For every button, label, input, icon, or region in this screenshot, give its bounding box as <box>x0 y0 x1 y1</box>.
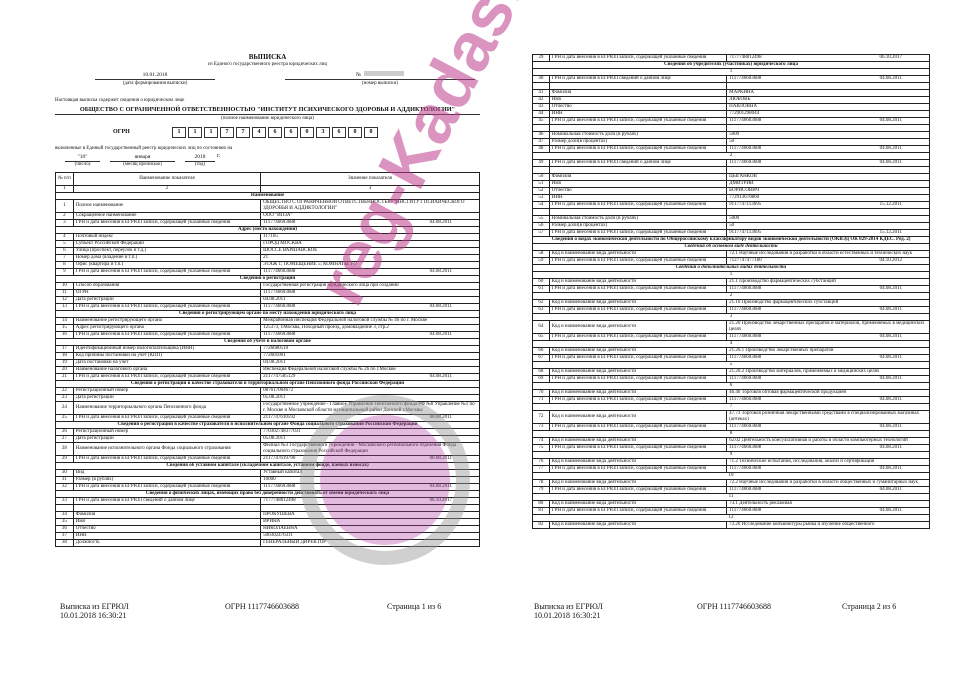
value-text: 1117746603688 <box>729 118 761 123</box>
row-label: Дата регистрации <box>73 297 260 304</box>
value-text: ДМИТРИЙ <box>729 181 754 186</box>
value-text: 7177748812498 <box>729 55 762 60</box>
footer-doc-name: Выписка из ЕГРЮЛ <box>534 602 603 611</box>
blank-row <box>533 209 930 216</box>
table-row: 28Наименование исполнительного органа Фо… <box>56 443 480 456</box>
row-number: 56 <box>533 223 550 230</box>
record-date: 04.08.2011 <box>880 376 902 382</box>
row-label: Имя <box>549 181 726 188</box>
record-date: 04.08.2011 <box>430 332 452 338</box>
row-number: 36 <box>56 526 74 533</box>
row-number: 33 <box>56 498 74 505</box>
row-label: ГРН и дата внесения в ЕГРЮЛ записи, соде… <box>73 332 260 339</box>
row-value: 71.2 Технические испытания, исследования… <box>727 459 930 466</box>
row-label: Наименование исполнительного органа Фонд… <box>73 443 260 456</box>
group-index: 2 <box>533 293 930 300</box>
header-name: Наименование показателя <box>73 173 260 186</box>
row-number: 7 <box>56 255 74 262</box>
row-number: 82 <box>533 522 550 529</box>
value-text: 1117746603688 <box>263 304 295 309</box>
table-row: 43ОтчествоПАВЛОВНА <box>533 104 930 111</box>
section-header-row: Сведения об учете в налоговом органе <box>56 339 480 346</box>
row-label: ИНН <box>549 195 726 202</box>
group-index-row: 3 <box>533 314 930 321</box>
section-header-row: Сведения об учредителях (участниках) юри… <box>533 62 930 69</box>
row-value: 10000 <box>261 477 480 484</box>
extract-page-1: ВЫПИСКА из Единого государственного реес… <box>55 0 480 679</box>
value-text: ЦЫГАНКОВ <box>729 174 757 179</box>
value-text: 21.20.2 Производство материалов, применя… <box>729 369 879 374</box>
row-number: 72 <box>533 411 550 424</box>
row-label: ГРН и дата внесения в ЕГРЮЛ записи, соде… <box>549 307 726 314</box>
value-text: 1117746603688 <box>729 160 761 165</box>
row-number: 18 <box>56 353 74 360</box>
row-label: ГРН и дата внесения в ЕГРЮЛ записи, соде… <box>73 220 260 227</box>
value-text: ГОРОД МОСКВА <box>263 241 302 246</box>
value-text: 71.2 Технические испытания, исследования… <box>729 459 874 464</box>
record-date: 08.08.2011 <box>430 456 452 462</box>
row-value: Государственное учреждение - Главное Упр… <box>261 402 480 415</box>
row-label: ГРН и дата внесения в ЕГРЮЛ записи, соде… <box>549 55 726 62</box>
value-text: 1117746603688 <box>729 397 761 402</box>
row-label: Код и наименование вида деятельности <box>549 369 726 376</box>
value-text: 500302476311 <box>263 533 293 538</box>
table-row: 24Наименование территориального органа П… <box>56 402 480 415</box>
row-label: ГРН и дата внесения в ЕГРЮЛ записи, соде… <box>549 118 726 125</box>
ogrn-digit-boxes: 1117746603688 <box>172 127 380 138</box>
ogrn-digit: 8 <box>348 127 362 138</box>
row-value: 717774881249806.10.2017 <box>261 498 480 505</box>
table-row: 16ГРН и дата внесения в ЕГРЮЛ записи, со… <box>56 332 480 339</box>
row-value: 087617004672 <box>261 388 480 395</box>
row-value: 111774660368804.08.2011 <box>727 487 930 494</box>
record-date: 15.12.2011 <box>880 230 902 236</box>
date-formed: 10.01.2018 <box>95 71 215 80</box>
table-row: 66Код и наименование вида деятельности21… <box>533 348 930 355</box>
footer-left: Выписка из ЕГРЮЛ 10.01.2018 16:30:21 <box>534 602 603 620</box>
row-number: 78 <box>533 480 550 487</box>
table-row: 58Код и наименование вида деятельности72… <box>533 251 930 258</box>
row-label: Имя <box>73 519 260 526</box>
row-label: ОГРН <box>73 290 260 297</box>
row-label: ГРН и дата внесения в ЕГРЮЛ записи, соде… <box>549 487 726 494</box>
value-text: 772913670860 <box>729 195 759 200</box>
table-row: 63ГРН и дата внесения в ЕГРЮЛ записи, со… <box>533 307 930 314</box>
row-number: 44 <box>533 111 550 118</box>
ogrn-digit: 7 <box>220 127 234 138</box>
table-row: 76Код и наименование вида деятельности71… <box>533 459 930 466</box>
row-number: 3 <box>56 220 74 227</box>
row-number: 51 <box>533 181 550 188</box>
row-value: 1117746603688 <box>261 290 480 297</box>
row-value: 111774660368804.08.2011 <box>727 118 930 125</box>
row-number: 13 <box>56 304 74 311</box>
table-row: 47Размер доли(в процентах)50 <box>533 139 930 146</box>
intro-text: Настоящая выписка содержит сведения о юр… <box>55 98 184 103</box>
row-value: 5000 <box>727 132 930 139</box>
table-row: 79ГРН и дата внесения в ЕГРЮЛ записи, со… <box>533 487 930 494</box>
row-number: 49 <box>533 160 550 167</box>
value-text: 770302748377031 <box>263 429 301 434</box>
row-number: 21 <box>56 374 74 381</box>
value-text: Инспекция Федеральной налоговой службы №… <box>263 367 396 372</box>
org-full-name: ОБЩЕСТВО С ОГРАНИЧЕННОЙ ОТВЕТСТВЕННОСТЬЮ… <box>55 105 480 115</box>
row-value: Уставный капитал <box>261 470 480 477</box>
group-index: 3 <box>533 314 930 321</box>
group-index-row: 9 <box>533 452 930 459</box>
table-row: 5Субъект Российской ФедерацииГОРОД МОСКВ… <box>56 241 480 248</box>
record-date: 04.08.2011 <box>430 304 452 310</box>
row-number: 64 <box>533 321 550 334</box>
value-text: 72.2 Научные исследования и разработки в… <box>729 480 918 485</box>
blank-cell <box>549 83 726 90</box>
row-label: Улица (проспект, переулок и т.д.) <box>73 248 260 255</box>
row-label: Код причины постановки на учет (КПП) <box>73 353 260 360</box>
row-number: 23 <box>56 395 74 402</box>
value-text: 50 <box>729 139 734 144</box>
table-row: 48ГРН и дата внесения в ЕГРЮЛ записи, со… <box>533 146 930 153</box>
value-text: 117105 <box>263 234 278 239</box>
row-number: 70 <box>533 390 550 397</box>
value-text: 2117747619790 <box>263 456 295 461</box>
row-number: 5 <box>56 241 74 248</box>
table-row: 53ИНН772913670860 <box>533 195 930 202</box>
row-number: 29 <box>56 456 74 463</box>
row-label: Номинальная стоимость доли (в рублях) <box>549 216 726 223</box>
footer-ogrn: ОГРН 1117746603688 <box>225 602 299 611</box>
row-number: 17 <box>56 346 74 353</box>
value-text: 125373, г.Москва, Походный проезд, домов… <box>263 325 389 330</box>
row-number: 14 <box>56 318 74 325</box>
row-value: 111774660368804.08.2011 <box>727 445 930 452</box>
group-index-row: 12 <box>533 515 930 522</box>
row-value: ООО "ИПЗА" <box>261 213 480 220</box>
row-number: 24 <box>56 402 74 415</box>
row-label: Дата постановки на учет <box>73 360 260 367</box>
value-text: 1117746603688 <box>263 290 295 295</box>
row-number: 32 <box>56 484 74 491</box>
footer-timestamp: 10.01.2018 16:30:21 <box>534 611 603 620</box>
value-text: 1117746603688 <box>729 334 761 339</box>
record-date: 04.08.2011 <box>430 484 452 490</box>
section-title: Сведения об учете в налоговом органе <box>56 339 480 346</box>
footer-ogrn: ОГРН 1117746603688 <box>697 602 771 611</box>
year-suffix: г. <box>217 153 220 159</box>
value-text: Государственное учреждение - Главное Упр… <box>263 402 475 413</box>
row-value: 50 <box>727 223 930 230</box>
row-value: 111774660368804.08.2011 <box>727 355 930 362</box>
value-text: 62.02 Деятельность консультативная и раб… <box>729 438 908 443</box>
subsection-title: Сведения о дополнительных видах деятельн… <box>533 265 930 272</box>
group-index: 7 <box>533 404 930 411</box>
extract-page-2: 39ГРН и дата внесения в ЕГРЮЛ записи, со… <box>532 0 930 679</box>
blank-cell <box>73 505 260 512</box>
value-text: ПРОКУШЕВА <box>263 512 295 517</box>
record-date: 04.08.2011 <box>880 76 902 82</box>
table-row: 52ОтчествоБОРИСОВИЧ <box>533 188 930 195</box>
value-text: ОБЩЕСТВО С ОГРАНИЧЕННОЙ ОТВЕТСТВЕННОСТЬЮ… <box>263 200 464 211</box>
table-row: 6Улица (проспект, переулок и т.д.)ШОССЕ … <box>56 248 480 255</box>
year: 2018 <box>185 153 215 162</box>
table-row: 78Код и наименование вида деятельности72… <box>533 480 930 487</box>
record-date: 06.10.2017 <box>880 55 903 61</box>
section-title: Сведения о видах экономической деятельно… <box>533 237 930 244</box>
ogrn-digit: 1 <box>172 127 186 138</box>
row-number: 25 <box>56 415 74 422</box>
table-row: 81ГРН и дата внесения в ЕГРЮЛ записи, со… <box>533 508 930 515</box>
table-row: 80Код и наименование вида деятельности73… <box>533 501 930 508</box>
table-row: 73ГРН и дата внесения в ЕГРЮЛ записи, со… <box>533 424 930 431</box>
table-row: 51ИмяДМИТРИЙ <box>533 181 930 188</box>
row-number: 31 <box>56 477 74 484</box>
group-index: 6 <box>533 383 930 390</box>
value-text: 1117746603688 <box>729 307 761 312</box>
row-value: 111774660368804.08.2011 <box>727 466 930 473</box>
month-caption: (месяц прописью) <box>110 162 175 167</box>
value-text: 1117746603688 <box>729 76 761 81</box>
row-number: 47 <box>533 139 550 146</box>
row-label: Регистрационный номер <box>73 388 260 395</box>
row-value: 62.02 Деятельность консультативная и раб… <box>727 438 930 445</box>
section-title: Сведения о регистрации в качестве страхо… <box>56 381 480 388</box>
col-index-2: 2 <box>73 186 260 193</box>
group-index: 2 <box>533 153 930 160</box>
table-row: 46Номинальная стоимость доли (в рублях)5… <box>533 132 930 139</box>
row-number: 62 <box>533 300 550 307</box>
row-value: 73.1 Деятельность рекламная <box>727 501 930 508</box>
row-label: Отчество <box>73 526 260 533</box>
row-value: 111774660368804.08.2011 <box>727 307 930 314</box>
table-row: 19Дата постановки на учет04.08.2011 <box>56 360 480 367</box>
row-number: 60 <box>533 279 550 286</box>
table-row: 45ГРН и дата внесения в ЕГРЮЛ записи, со… <box>533 118 930 125</box>
table-row: 55Номинальная стоимость доли (в рублях)5… <box>533 216 930 223</box>
row-value: 5000 <box>727 216 930 223</box>
table-row: 38ДолжностьГЕНЕРАЛЬНЫЙ ДИРЕКТОР <box>56 540 480 547</box>
row-number: 30 <box>56 470 74 477</box>
value-text: 5000 <box>729 216 739 221</box>
value-text: 1117746603688 <box>263 332 295 337</box>
row-number: 53 <box>533 195 550 202</box>
value-text: ЛЮБОВЬ <box>729 97 750 102</box>
row-label: Адрес регистрирующего органа <box>73 325 260 332</box>
row-number: 42 <box>533 97 550 104</box>
col-index-1: 1 <box>56 186 74 193</box>
row-label: Код и наименование вида деятельности <box>549 411 726 424</box>
group-index: 1 <box>533 272 930 279</box>
value-text: ЭТАЖ 1; ПОМЕЩЕНИЕ 5; КОМНАТЫ 1-9 <box>263 262 356 267</box>
value-text: ИРИНА <box>263 519 280 524</box>
value-text: ГЕНЕРАЛЬНЫЙ ДИРЕКТОР <box>263 540 326 545</box>
table-row: 15Адрес регистрирующего органа125373, г.… <box>56 325 480 332</box>
row-number: 6 <box>56 248 74 255</box>
table-row: 72Код и наименование вида деятельности47… <box>533 411 930 424</box>
row-value: Государственная регистрация юридического… <box>261 283 480 290</box>
row-number: 43 <box>533 104 550 111</box>
blank-row <box>533 125 930 132</box>
table-row: 60Код и наименование вида деятельности21… <box>533 279 930 286</box>
value-text: 1117746603688 <box>263 484 295 489</box>
footer-timestamp: 10.01.2018 16:30:21 <box>60 611 129 620</box>
section-title: Сведения о регистрации в качестве страхо… <box>56 422 480 429</box>
record-date: 04.08.2011 <box>880 466 902 472</box>
ogrn-digit: 3 <box>316 127 330 138</box>
row-label: ГРН и дата внесения в ЕГРЮЛ записи, соде… <box>549 466 726 473</box>
section-header-row: Наименование <box>56 193 480 200</box>
value-text: НИКОЛАЕВНА <box>263 526 297 531</box>
row-number: 54 <box>533 202 550 209</box>
row-label: Фамилия <box>73 512 260 519</box>
section-header-row: Сведения о регистрирующем органе по мест… <box>56 311 480 318</box>
value-text: 10000 <box>263 477 276 482</box>
row-label: Размер доли(в процентах) <box>549 223 726 230</box>
row-number: 15 <box>56 325 74 332</box>
blank-row <box>533 167 930 174</box>
row-label: ГРН и дата внесения в ЕГРЮЛ записи, соде… <box>73 269 260 276</box>
value-text: 46.46 Торговля оптовая фармацевтической … <box>729 390 846 395</box>
row-label: ГРН и дата внесения в ЕГРЮЛ записи, соде… <box>549 334 726 341</box>
table-row: 30ВидУставный капитал <box>56 470 480 477</box>
footer-page-number: Страница 2 из 6 <box>842 602 896 611</box>
row-value: 712774747718004.10.2012 <box>727 258 930 265</box>
subsection-header-row: Сведения о дополнительных видах деятельн… <box>533 265 930 272</box>
table-row: 42ИмяЛЮБОВЬ <box>533 97 930 104</box>
row-number: 58 <box>533 251 550 258</box>
row-number: 75 <box>533 445 550 452</box>
record-date: 04.08.2011 <box>430 374 452 380</box>
row-number: 34 <box>56 512 74 519</box>
row-label: Дата регистрации <box>73 395 260 402</box>
table-row: 31Размер (в рублях)10000 <box>56 477 480 484</box>
table-row: 71ГРН и дата внесения в ЕГРЮЛ записи, со… <box>533 397 930 404</box>
row-label: Сокращенное наименование <box>73 213 260 220</box>
row-label: Номинальная стоимость доли (в рублях) <box>549 132 726 139</box>
row-number: 22 <box>56 388 74 395</box>
row-number: 48 <box>533 146 550 153</box>
table-row: 59ГРН и дата внесения в ЕГРЮЛ записи, со… <box>533 258 930 265</box>
row-value: ЦЫГАНКОВ <box>727 174 930 181</box>
value-text: 50 <box>729 223 734 228</box>
row-value: 111774660368804.08.2011 <box>727 160 930 167</box>
record-date: 04.08.2011 <box>880 445 902 451</box>
row-number: 45 <box>533 118 550 125</box>
blank-cell <box>533 125 550 132</box>
table-row: 18Код причины постановки на учет (КПП)77… <box>56 353 480 360</box>
section-title: Сведения об учредителях (участниках) юри… <box>533 62 930 69</box>
table-row: 32ГРН и дата внесения в ЕГРЮЛ записи, со… <box>56 484 480 491</box>
value-text: 1117746603688 <box>729 466 761 471</box>
table-row: 68Код и наименование вида деятельности21… <box>533 369 930 376</box>
value-text: ООО "ИПЗА" <box>263 213 293 218</box>
group-index-row: 5 <box>533 362 930 369</box>
row-label: ГРН и дата внесения в ЕГРЮЛ записи, соде… <box>549 355 726 362</box>
row-value: 111774660368804.08.2011 <box>261 304 480 311</box>
row-value: 772601001 <box>261 353 480 360</box>
row-label: Наименование территориального органа Пен… <box>73 402 260 415</box>
row-number: 55 <box>533 216 550 223</box>
table-row: 33ГРН и дата внесения в ЕГРЮЛ сведений о… <box>56 498 480 505</box>
row-value: 111774660368804.08.2011 <box>261 220 480 227</box>
ogrn-digit: 8 <box>364 127 378 138</box>
row-number: 9 <box>56 269 74 276</box>
value-text: 05.08.2011 <box>263 436 285 441</box>
ogrn-digit: 6 <box>332 127 346 138</box>
footer-doc-name: Выписка из ЕГРЮЛ <box>60 602 129 611</box>
table-row: 29ГРН и дата внесения в ЕГРЮЛ записи, со… <box>56 456 480 463</box>
record-date: 08.08.2011 <box>430 415 452 421</box>
value-text: Межрайонная инспекция Федеральной налого… <box>263 318 427 323</box>
group-index: 4 <box>533 341 930 348</box>
value-text: 1117746603688 <box>729 424 761 429</box>
group-index: 12 <box>533 515 930 522</box>
row-number: 1 <box>56 200 74 213</box>
row-value: ШОССЕ ВАРШАВСКОЕ <box>261 248 480 255</box>
year-caption: (год) <box>185 162 215 167</box>
row-label: ГРН и дата внесения в ЕГРЮЛ записи, соде… <box>73 456 260 463</box>
blank-cell <box>727 83 930 90</box>
row-label: ГРН и дата внесения в ЕГРЮЛ записи, соде… <box>549 397 726 404</box>
blank-cell <box>727 209 930 216</box>
value-text: 21.20.1 Производство лекарственных препа… <box>729 348 833 353</box>
row-number: 2 <box>56 213 74 220</box>
record-date: 04.08.2011 <box>880 307 902 313</box>
month: января <box>110 153 175 162</box>
row-number: 79 <box>533 487 550 494</box>
section-header-row: Сведения о регистрации в качестве страхо… <box>56 422 480 429</box>
row-number: 57 <box>533 230 550 237</box>
row-number: 71 <box>533 397 550 404</box>
row-number: 26 <box>56 429 74 436</box>
value-text: 1117746603688 <box>263 220 295 225</box>
value-text: ПАВЛОВНА <box>729 104 757 109</box>
row-number: 61 <box>533 286 550 293</box>
row-label: ИНН <box>73 533 260 540</box>
header-num: № п/п <box>56 173 74 186</box>
ogrn-digit: 1 <box>188 127 202 138</box>
row-value: 21.10 Производство фармацевтических субс… <box>727 300 930 307</box>
value-text: 9117747113695 <box>729 202 761 207</box>
value-text: Уставный капитал <box>263 470 302 475</box>
row-label: Дата регистрации <box>73 436 260 443</box>
row-number: 41 <box>533 90 550 97</box>
table-row: 82Код и наименование вида деятельности73… <box>533 522 930 529</box>
col-index-3: 3 <box>261 186 480 193</box>
table-row: 77ГРН и дата внесения в ЕГРЮЛ записи, со… <box>533 466 930 473</box>
table-row: 14Наименование регистрирующего органаМеж… <box>56 318 480 325</box>
row-value: 72.2 Научные исследования и разработки в… <box>727 480 930 487</box>
section-header-row: Адрес (место нахождения) <box>56 227 480 234</box>
row-value: 770302748377031 <box>261 429 480 436</box>
row-label: ГРН и дата внесения в ЕГРЮЛ записи, соде… <box>549 376 726 383</box>
value-text: 9117747113695 <box>729 230 761 235</box>
table-row: 49ГРН и дата внесения в ЕГРЮЛ сведений о… <box>533 160 930 167</box>
included-text: включенные в Единый государственный реес… <box>55 146 232 151</box>
value-text: Филиал №3 Государственного учреждения - … <box>263 443 456 454</box>
row-label: Код и наименование вида деятельности <box>549 300 726 307</box>
table-row: 17Идентификационный номер налогоплательщ… <box>56 346 480 353</box>
section-title: Сведения об уставном капитале (складочно… <box>56 463 480 470</box>
row-value: 111774660368804.08.2011 <box>261 332 480 339</box>
document-title: ВЫПИСКА <box>55 53 480 61</box>
row-value: 05.08.2011 <box>261 395 480 402</box>
row-label: Полное наименование <box>73 200 260 213</box>
row-number: 67 <box>533 355 550 362</box>
row-label: Код и наименование вида деятельности <box>549 321 726 334</box>
table-row: 57ГРН и дата внесения в ЕГРЮЛ записи, со… <box>533 230 930 237</box>
row-value: Межрайонная инспекция Федеральной налого… <box>261 318 480 325</box>
group-index-row: 2 <box>533 293 930 300</box>
blank-cell <box>56 505 74 512</box>
